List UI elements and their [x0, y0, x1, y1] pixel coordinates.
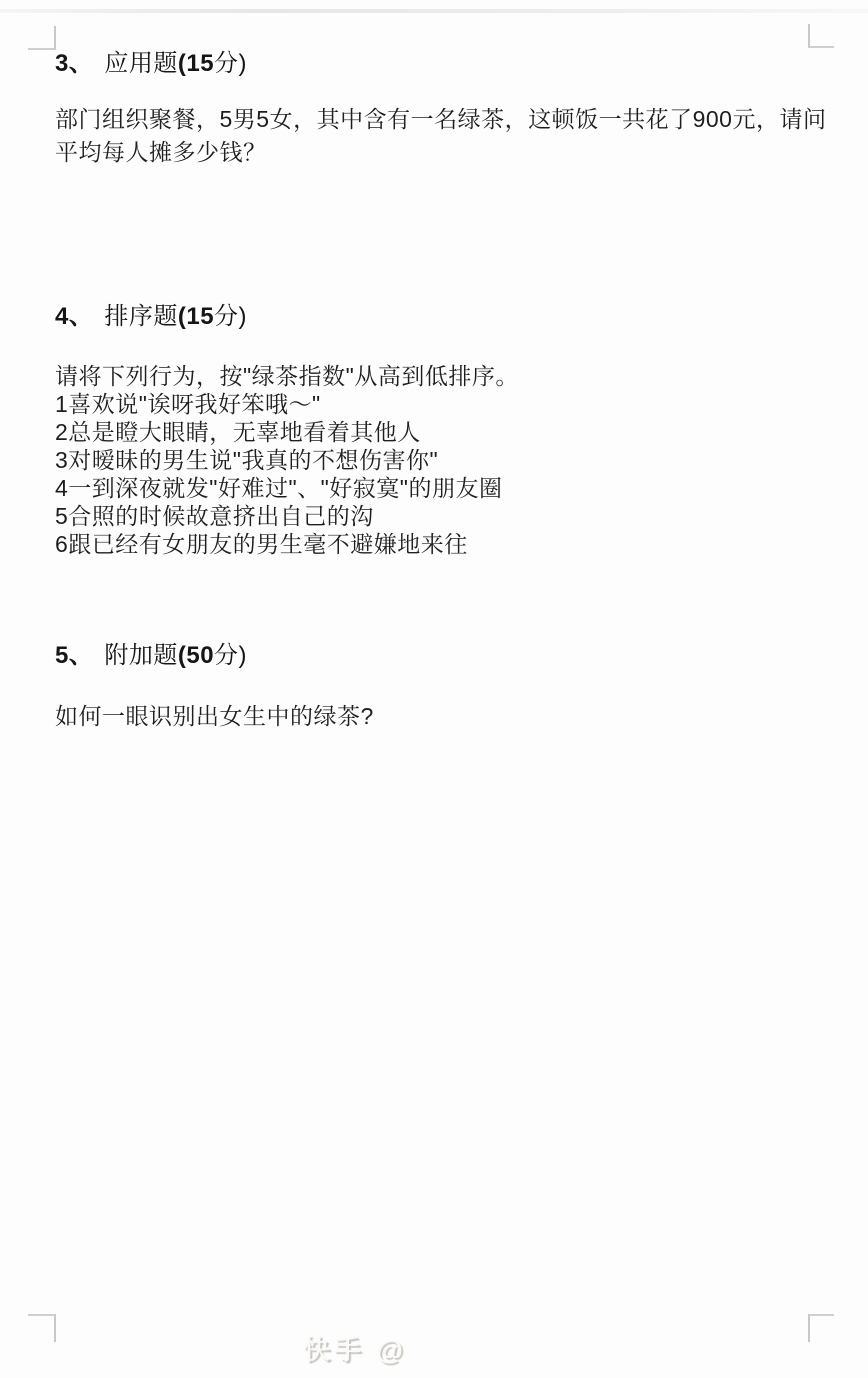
section-4-score-open: (15 [178, 303, 214, 330]
section-5-title: 附加题 [104, 642, 178, 669]
section-4-number: 4 [55, 303, 69, 330]
photo-artifact-band [0, 9, 868, 13]
section-5-number: 5 [55, 642, 69, 669]
section-5-body: 如何一眼识别出女生中的绿茶? [55, 702, 374, 730]
document-page: 3、应用题(15分) 部门组织聚餐，5男5女，其中含有一名绿茶，这顿饭一共花了9… [0, 0, 868, 1378]
section-4-item-6: 6跟已经有女朋友的男生毫不避嫌地来往 [55, 530, 519, 558]
section-3-separator: 、 [69, 50, 94, 77]
section-4-title: 排序题 [104, 303, 178, 330]
kuaishou-watermark: 快手 @ [303, 1328, 407, 1367]
section-4-item-5: 5合照的时候故意挤出自己的沟 [55, 502, 519, 530]
section-3-line-1: 部门组织聚餐，5男5女，其中含有一名绿茶，这顿饭一共花了900元，请问 [55, 103, 826, 136]
section-4-item-3: 3对暧昧的男生说"我真的不想伤害你" [55, 446, 519, 474]
section-5-separator: 、 [69, 642, 94, 669]
section-4-score-close: 分) [214, 303, 247, 330]
section-4-item-1: 1喜欢说"诶呀我好笨哦～" [55, 390, 519, 418]
section-5-question: 如何一眼识别出女生中的绿茶? [55, 702, 374, 730]
section-3-title: 应用题 [104, 50, 178, 77]
section-4-intro: 请将下列行为，按"绿茶指数"从高到低排序。 [55, 362, 519, 390]
section-4-body: 请将下列行为，按"绿茶指数"从高到低排序。 1喜欢说"诶呀我好笨哦～" 2总是瞪… [55, 362, 519, 558]
section-4-item-2: 2总是瞪大眼睛，无辜地看着其他人 [55, 418, 519, 446]
section-3-score-open: (15 [178, 50, 214, 77]
section-5-score-close: 分) [214, 642, 247, 669]
corner-mark-top-right [808, 24, 834, 48]
section-3-heading: 3、应用题(15分) [55, 50, 247, 77]
corner-mark-bottom-left [28, 1314, 56, 1342]
corner-mark-top-left [28, 26, 56, 50]
section-3-number: 3 [55, 50, 69, 77]
section-3-line-2: 平均每人摊多少钱？ [55, 136, 826, 169]
corner-mark-bottom-right [808, 1314, 834, 1342]
section-4-heading: 4、排序题(15分) [55, 303, 247, 330]
section-4-separator: 、 [69, 303, 94, 330]
section-5-heading: 5、附加题(50分) [55, 642, 247, 669]
section-3-score-close: 分) [214, 50, 247, 77]
section-4-item-4: 4一到深夜就发"好难过"、"好寂寞"的朋友圈 [55, 474, 519, 502]
section-5-score-open: (50 [178, 642, 214, 669]
section-3-body: 部门组织聚餐，5男5女，其中含有一名绿茶，这顿饭一共花了900元，请问 平均每人… [55, 103, 826, 169]
